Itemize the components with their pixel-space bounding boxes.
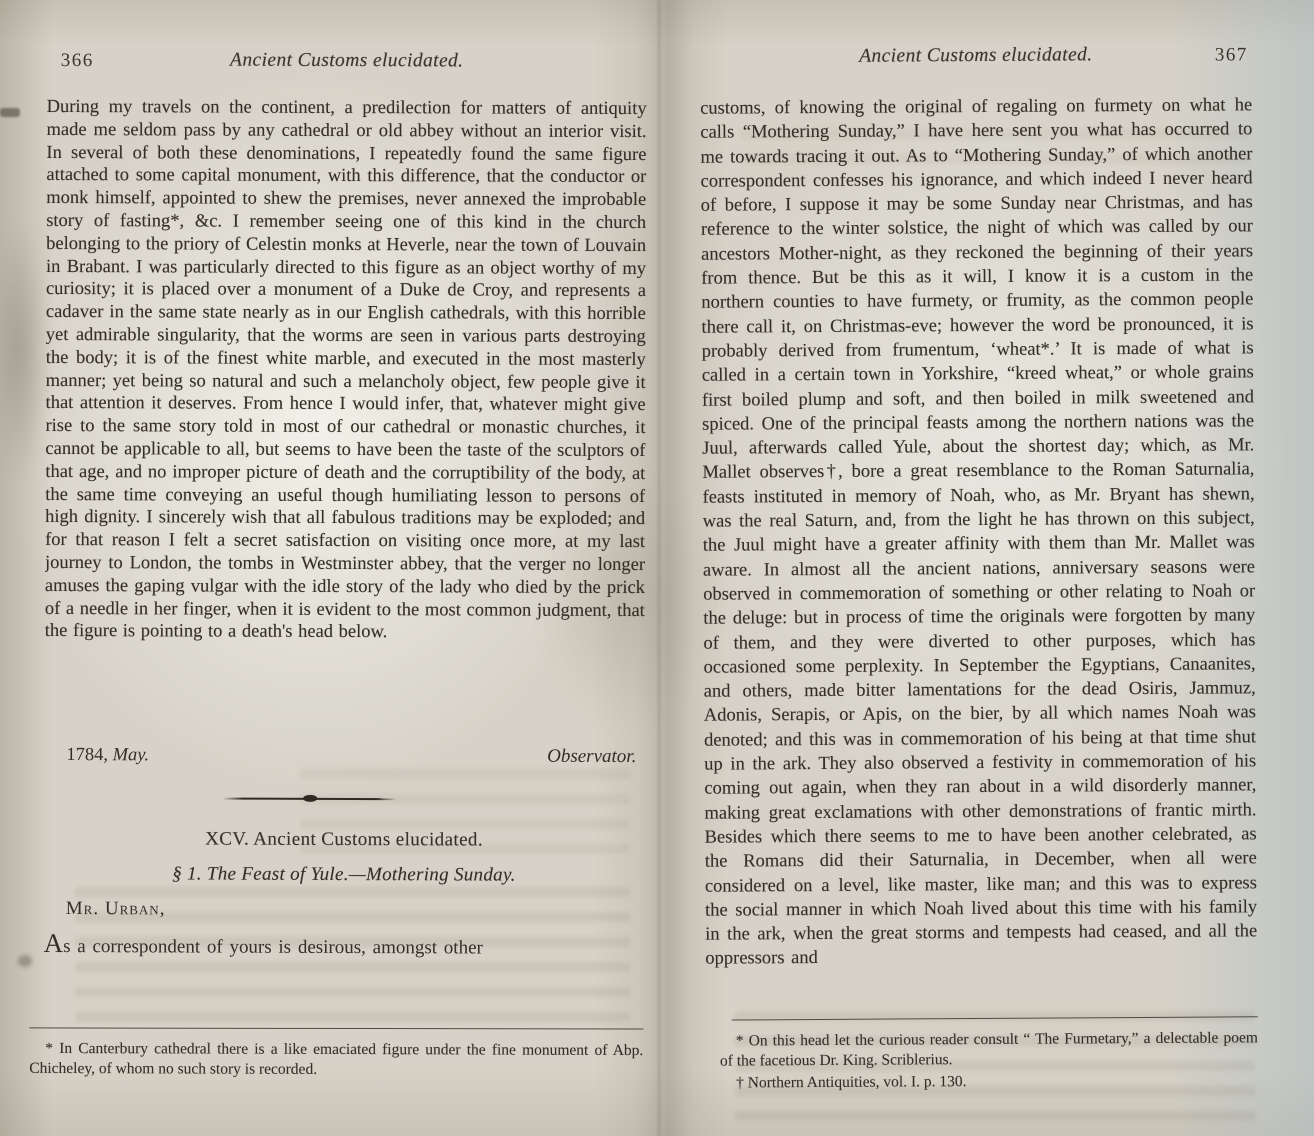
section-divider-ornament bbox=[222, 795, 397, 804]
dateline-month: May. bbox=[113, 745, 150, 765]
signature: Observator. bbox=[547, 746, 636, 768]
page-header: Ancient Customs elucidated. 367 bbox=[700, 43, 1252, 68]
section-heading: § 1. The Feast of Yule.—Mothering Sunday… bbox=[44, 863, 644, 887]
footnote: * In Canterbury cathedral there is a lik… bbox=[29, 1039, 643, 1081]
footnotes: * On this head let the curious reader co… bbox=[706, 1016, 1258, 1093]
page-number: 367 bbox=[1215, 44, 1248, 66]
salutation: Mr. Urban, bbox=[66, 898, 644, 922]
paper-stain bbox=[0, 108, 20, 117]
footnote: † Northern Antiquities, vol. I. p. 130. bbox=[720, 1070, 1258, 1093]
body-text: customs, of knowing the original of rega… bbox=[700, 93, 1257, 971]
book-spread-scan: 366 Ancient Customs elucidated. During m… bbox=[0, 0, 1314, 1136]
page-number: 366 bbox=[61, 50, 94, 72]
running-head: Ancient Customs elucidated. bbox=[47, 49, 647, 73]
footnote-rule bbox=[29, 1027, 643, 1029]
page-gutter-shadow bbox=[657, 0, 661, 1136]
paper-stain bbox=[18, 955, 32, 967]
page-367: Ancient Customs elucidated. 367 customs,… bbox=[700, 0, 1259, 1136]
article-heading: XCV. Ancient Customs elucidated. bbox=[44, 828, 644, 852]
body-text: During my travels on the continent, a pr… bbox=[45, 96, 647, 645]
footnote: * On this head let the curious reader co… bbox=[720, 1028, 1258, 1071]
page-lower-section: 1784, May. Observator. XCV. Ancient Cust… bbox=[44, 744, 645, 961]
dateline: 1784, May. bbox=[66, 745, 149, 766]
opening-line: As a correspondent of yours is desirous,… bbox=[44, 928, 644, 961]
footnotes: * In Canterbury cathedral there is a lik… bbox=[29, 1027, 643, 1081]
diamond-icon bbox=[303, 795, 317, 802]
dateline-year: 1784, bbox=[66, 745, 112, 765]
footnote-rule bbox=[732, 1016, 1258, 1020]
running-head: Ancient Customs elucidated. bbox=[700, 43, 1252, 68]
paper-stain bbox=[0, 215, 50, 485]
page-header: 366 Ancient Customs elucidated. bbox=[47, 49, 647, 73]
page-366: 366 Ancient Customs elucidated. During m… bbox=[43, 0, 647, 1136]
signature-row: 1784, May. Observator. bbox=[44, 744, 644, 768]
